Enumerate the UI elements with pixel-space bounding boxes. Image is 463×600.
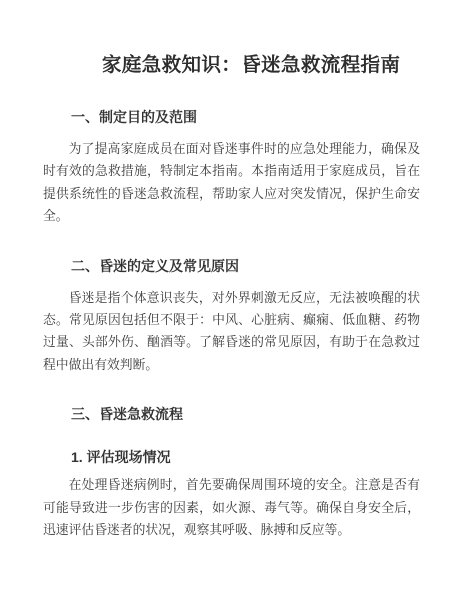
- sub-heading-assess-scene: 1. 评估现场情况: [43, 447, 420, 468]
- section-heading-purpose-scope: 一、制定目的及范围: [43, 107, 420, 128]
- document-page: 家庭急救知识：昏迷急救流程指南 一、制定目的及范围 为了提高家庭成员在面对昏迷事…: [0, 0, 463, 600]
- section-heading-definition-causes: 二、昏迷的定义及常见原因: [43, 256, 420, 277]
- paragraph-assess-scene: 在处理昏迷病例时，首先要确保周围环境的安全。注意是否有可能导致进一步伤害的因素，…: [43, 474, 420, 541]
- section-heading-rescue-process: 三、昏迷急救流程: [43, 404, 420, 425]
- paragraph-definition-causes: 昏迷是指个体意识丧失，对外界刺激无反应，无法被唤醒的状态。常见原因包括但不限于：…: [43, 287, 420, 377]
- paragraph-purpose-scope: 为了提高家庭成员在面对昏迷事件时的应急处理能力，确保及时有效的急救措施，特制定本…: [43, 138, 420, 228]
- document-title: 家庭急救知识：昏迷急救流程指南: [43, 0, 420, 79]
